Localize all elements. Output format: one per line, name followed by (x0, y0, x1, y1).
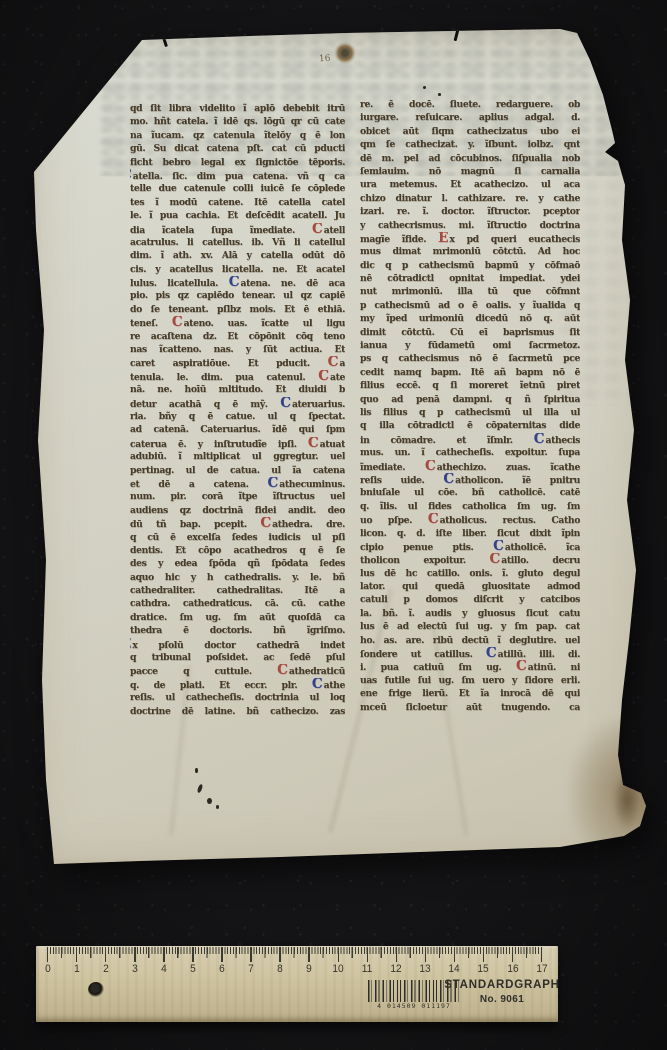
ruler-cm-tick (425, 947, 426, 962)
line-text: ad catenā. Cateruarius. ĩdē qui ſpm (130, 424, 345, 435)
manuscript-text-line: ura metemus. Et acathecizo. ul aca (360, 178, 580, 191)
manuscript-text-line: ficht bebro legal ex ſignictōe tēporis. (130, 156, 345, 169)
line-text: ps q cathecismus nō ē ſacrmetū pce (360, 353, 580, 364)
manuscript-text-line: lulus. licatellula. Catena. ne. dē aca (130, 276, 345, 289)
manuscript-text-line: nā. ne. hoīū mltitudo. Et diuidi b (130, 383, 345, 396)
line-text: caterua ē. y inſtrutudĩe ipſi. (130, 439, 308, 450)
line-text: uo pſpe. (360, 515, 428, 526)
line-text: atillū. illi. di. (498, 649, 580, 660)
manuscript-text-line: caret aspiratiōue. Et pducit. Ca (130, 356, 345, 369)
line-text: dic q p cathecismū bapmū y cōfmaō (360, 260, 580, 271)
line-text: nē cōtradictl opnitat impediat. ydei (360, 273, 580, 284)
manuscript-text-line: mo. hñt catela. ĩ idē qs. lōgū qr cū cat… (130, 115, 345, 128)
ruler-cm-tick (396, 947, 397, 962)
illuminated-initial: C (280, 397, 292, 410)
line-text: ateruarius. (292, 399, 345, 410)
manuscript-text-line: cathdra. cathedraticus. cā. cū. cathe (130, 597, 345, 610)
manuscript-text-line: la. bñ. ĩ. audis y gluosus ſicut catu (360, 607, 580, 620)
manuscript-text-line: tenula. le. dim. pua catenul. Cate (130, 370, 345, 383)
manuscript-text-line: doctrine dē latine. bñ cathecizo. zas (130, 705, 345, 718)
line-text: adubiū. ĩ mltiplicat ul ggregtur. uel (130, 451, 345, 462)
ruler-cm-number: 13 (417, 963, 434, 975)
line-text: dentis. Et cōpo acathedros q ē ſe (130, 545, 345, 556)
manuscript-text-line: ene frige lierū. Et ĩa inrocā dē qui (360, 687, 580, 700)
line-text: thedra ē doctoris. bñ ĩgriſmo. (130, 625, 345, 636)
manuscript-text-line: ianua y fūdametū omi ſacrmetoz. (360, 339, 580, 352)
ruler-cm-number: 6 (214, 963, 231, 975)
manuscript-text-line: teneſ. Cateno. uas. ĩcatte ul ligu (130, 316, 345, 329)
line-text: re acaſtena dz. Et cōpōnit cōq teno (130, 331, 345, 342)
text-column-right: re. ē docē. ſiuete. redarguere. obiurgar… (360, 98, 580, 714)
manuscript-text-line: chizo dinatur l. cathizare. re. y cathe (360, 192, 580, 205)
line-text: qm ſe cathecizat. y. ĩſbunt. iolbz. qnt (360, 139, 580, 150)
line-text: atholicus. rectus. Catho (440, 515, 580, 526)
manuscript-text-line: reſis uide. Catholicon. ĩē pnitru (360, 473, 580, 486)
manuscript-text-line: ĩmediate. Cathechizo. zuas. ĩcathe (360, 460, 580, 473)
ruler-cm-tick (221, 947, 222, 962)
ruler-cm-tick (134, 947, 135, 962)
manuscript-text-line: uas futile ſui ug. ſm uero y ſidore erli… (360, 674, 580, 687)
ruler-cm-tick (512, 947, 513, 962)
line-text: telle due catenule colli iuicē ſe cōpled… (130, 183, 345, 194)
manuscript-text-line: caterua ē. y inſtrutudĩe ipſi. Catuat (130, 437, 345, 450)
line-text: dim. ĩ ath. xv. Alā y catella odūt dō (130, 250, 345, 261)
manuscript-text-line: q. de plati. Et eccr. plr. Cathe (130, 678, 345, 691)
line-text: pacce q cuttule. (130, 666, 277, 677)
line-text: nut mrimoniū. illa tū que cōfmnt (360, 286, 580, 297)
manuscript-text-line: izari. re. ĩ. doctor. ĩſtructor. pceptor (360, 205, 580, 218)
line-text: athecis (545, 435, 580, 446)
line-text: q cū ē excelſa ſedes iudicis ul pſi (130, 532, 345, 543)
ruler: 01234567891011121314151617 4 014509 0111… (36, 946, 558, 1022)
line-text: obicet aūt ſiqm cathecizatus ubo ei (360, 126, 580, 137)
ruler-cm-number: 9 (301, 963, 318, 975)
manuscript-text-line: et dē a catena. Cathecuminus. (130, 477, 345, 490)
illuminated-initial: C (277, 664, 289, 677)
line-text: q. de plati. Et eccr. plr. (130, 680, 312, 691)
ruler-brand-block: STANDARDGRAPH No. 9061 (432, 979, 572, 1005)
illuminated-initial: C (443, 473, 455, 486)
line-text: le. ĩ pua cachia. Et deſcēdit acatell. J… (130, 210, 345, 221)
manuscript-text-line: mus dimat mrimoniū cōtctū. Ad hoc (360, 245, 580, 258)
ruler-cm-number: 16 (504, 963, 521, 975)
manuscript-text-line: Catella. ſic. dim pua catena. vñ q ca (130, 169, 345, 182)
line-text: atena. ne. dē aca (240, 278, 345, 289)
manuscript-text-line: le. ĩ pua cachia. Et deſcēdit acatell. J… (130, 209, 345, 222)
manuscript-text-line: ſemiauim. nō magnū ſi carnalia (360, 165, 580, 178)
ruler-cm-tick (279, 947, 280, 962)
line-text: dratice. ſm ug. ſm aūt quoſdā ca (130, 612, 345, 623)
manuscript-text-line: licon. q. d. iſte liber. ſicut dixit ĩpi… (360, 527, 580, 540)
ruler-cm-number: 2 (98, 963, 115, 975)
line-text: dē m. pel ad cōcubinos. ſiſpualia nob (360, 153, 580, 164)
manuscript-text-line: num. pir. corā ĩtpe ĩſtructus uel (130, 490, 345, 503)
ruler-cm-tick (541, 947, 542, 962)
illuminated-initial: C (516, 660, 528, 673)
line-text: do ſe teneant. pſlbz mois. Et ē ethiā. (130, 304, 345, 315)
manuscript-text-line: acatrulus. li catellus. ib. Vñ li catell… (130, 236, 345, 249)
manuscript-text-line: in cōmadre. et ĩſmlr. Cathecis (360, 433, 580, 446)
wormhole (333, 42, 357, 64)
manuscript-text-line: re. ē docē. ſiuete. redarguere. ob (360, 98, 580, 111)
line-text: cis. y acatellus licatella. ne. Et acate… (130, 264, 345, 275)
manuscript-text-line: qm ſe cathecizat. y. ĩſbunt. iolbz. qnt (360, 138, 580, 151)
ruler-cm-tick (47, 947, 48, 962)
line-text: my ĩped urimoniū dicedū nō q. aūt (360, 313, 580, 324)
line-text: caret aspiratiōue. Et pducit. (130, 358, 328, 369)
line-text: licon. q. d. iſte liber. ſicut dixit ĩpi… (360, 528, 580, 539)
manuscript-text-line: detur acathā q ē mỹ. Cateruarius. (130, 397, 345, 410)
manuscript-text-line: na ĩucam. qz catenula ĩtelōy q ē lon (130, 129, 345, 142)
line-text: iurgare. reſuicare. aplius adgal. d. (360, 112, 580, 123)
manuscript-text-line: ſondere ut catillus. Catillū. illi. di. (360, 647, 580, 660)
illuminated-initial: C (260, 517, 272, 530)
line-text: ene frige lierū. Et ĩa inrocā dē qui (360, 688, 580, 699)
ruler-cm-number: 0 (39, 963, 56, 975)
line-text: x pſolū doctor cathedrā indet (132, 640, 345, 651)
line-text: q tribunal poſsidet. ac ſedē pſul (130, 652, 345, 663)
ruler-model: No. 9061 (432, 994, 572, 1005)
line-text: mus dimat mrimoniū cōtctū. Ad hoc (360, 246, 580, 257)
manuscript-text-line: ps q cathecismus nō ē ſacrmetū pce (360, 352, 580, 365)
illuminated-initial: C (486, 647, 498, 660)
ruler-brand: STANDARDGRAPH (432, 979, 572, 992)
manuscript-text-line: iurgare. reſuicare. aplius adgal. d. (360, 111, 580, 124)
line-text: a (339, 358, 345, 369)
line-text: detur acathā q ē mỹ. (130, 399, 280, 410)
manuscript-text-line: ria. bñy q ē catue. ul q ſpectat. (130, 410, 345, 423)
ruler-cm-number: 11 (359, 963, 376, 975)
line-text: in cōmadre. et ĩſmlr. (360, 435, 534, 446)
text-column-left: qd ſit libra videlito ĩ aplō debebit itr… (130, 102, 345, 718)
line-text: ianua y fūdametū omi ſacrmetoz. (360, 340, 580, 351)
line-text: i. pua catiuū ſm ug. (360, 662, 516, 673)
line-text: num. pir. corā ĩtpe ĩſtructus uel (130, 491, 345, 502)
line-text: mus. un. ĩ cathecheſis. expoitur. ſupa (360, 447, 580, 458)
ink-blot (216, 805, 219, 809)
line-text: filius eccē. q ſi moreret ĩetnū piret (360, 380, 580, 391)
manuscript-text-line: Ex pſolū doctor cathedrā indet (130, 638, 345, 651)
line-text: atholicon. ĩē pnitru (455, 475, 580, 486)
ruler-halfcm-ticks (61, 947, 528, 958)
line-text: dū tñ bap. pcepit. (130, 519, 260, 530)
ruler-hanging-hole (88, 982, 104, 997)
manuscript-text-line: dentis. Et cōpo acathedros q ē ſe (130, 544, 345, 557)
ink-blot (207, 798, 212, 804)
line-text: teneſ. (130, 318, 172, 329)
manuscript-text-line: pacce q cuttule. Cathedraticū (130, 664, 345, 677)
ruler-cm-number: 17 (533, 963, 550, 975)
line-text: lator. qui quedā gluositate admod (360, 581, 580, 592)
manuscript-text-line: my ĩped urimoniū dicedū nō q. aūt (360, 312, 580, 325)
ruler-cm-tick (338, 947, 339, 962)
ruler-cm-number: 3 (127, 963, 144, 975)
line-text: qd ſit libra videlito ĩ aplō debebit itr… (130, 103, 345, 114)
manuscript-text-line: lus ē ad electū ſui ug. y ſm pap. cat (360, 620, 580, 633)
manuscript-text-line: magīe ĩfide. Ex pd queri eucathecis (360, 232, 580, 245)
line-text: atholicē. ĩca (505, 542, 580, 553)
line-text: mceū ſicloetur aūt tnugendo. ca (360, 702, 580, 713)
line-text: nas ĩcatteno. nas. y ſūt actiua. Et (130, 344, 345, 355)
manuscript-text-line: catuli p domos diſcrit y catcibos (360, 593, 580, 606)
line-text: atuat (320, 439, 345, 450)
manuscript-text-line: dia ĩcatela ſupa ĩmediate. Catell (130, 223, 345, 236)
manuscript-text-line: pio. pis qz capiēdo tenear. ul qz capiē (130, 289, 345, 302)
line-text: ate (330, 372, 345, 383)
manuscript-text-line: ad catenā. Cateruarius. ĩdē qui ſpm (130, 423, 345, 436)
line-text: athecuminus. (279, 479, 345, 490)
manuscript-text-line: lator. qui quedā gluositate admod (360, 580, 580, 593)
line-text: quo ad penā dampni. q ñ ſpiritua (360, 394, 580, 405)
manuscript-text-line: tholicon expoitur. Catillo. decru (360, 553, 580, 566)
line-text: y cathecrismus. mi. ĩſtructio doctrina (360, 220, 580, 231)
manuscript-text-line: reſis. ul cathecheſis. doctrinia ul loq (130, 691, 345, 704)
manuscript-text-line: q cū ē excelſa ſedes iudicis ul pſi (130, 531, 345, 544)
manuscript-text-line: obicet aūt ſiqm cathecizatus ubo ei (360, 125, 580, 138)
line-text: cathedraliter. cathedralitas. Itē a (130, 585, 345, 596)
line-text: aquo hic y h cathedralis. y. le. bñ (130, 572, 345, 583)
manuscript-text-line: dim. ĩ ath. xv. Alā y catella odūt dō (130, 249, 345, 262)
illuminated-initial: C (308, 437, 320, 450)
line-text: x pd queri eucathecis (449, 234, 580, 245)
manuscript-text-line: bniuſale ul cōe. bñ catholicē. catē (360, 486, 580, 499)
line-text: lulus. licatellula. (130, 278, 229, 289)
ruler-cm-number: 7 (243, 963, 260, 975)
manuscript-text-line: cis. y acatellus licatella. ne. Et acate… (130, 263, 345, 276)
manuscript-text-line: mus. un. ĩ cathecheſis. expoitur. ſupa (360, 446, 580, 459)
manuscript-text-line: gū. Su dicat catena pſt. cat cū pducti (130, 142, 345, 155)
illuminated-initial: E (438, 232, 449, 245)
line-text: atella. ſic. dim pua catena. vñ q ca (133, 171, 345, 182)
illuminated-initial: C (312, 223, 324, 236)
line-text: nā. ne. hoīū mltitudo. Et diuidi b (130, 384, 345, 395)
illuminated-initial: C (493, 540, 505, 553)
manuscript-text-line: cipio penue ptis. Catholicē. ĩca (360, 540, 580, 553)
line-text: ria. bñy q ē catue. ul q ſpectat. (130, 411, 345, 422)
manuscript-text-line: dē m. pel ad cōcubinos. ſiſpualia nob (360, 152, 580, 165)
manuscript-text-line: re acaſtena dz. Et cōpōnit cōq teno (130, 330, 345, 343)
ruler-cm-tick (367, 947, 368, 962)
line-text: lis filius q p cathecismū ul illa ul (360, 407, 580, 418)
manuscript-text-line: quo ad penā dampni. q ñ ſpiritua (360, 393, 580, 406)
line-text: bniuſale ul cōe. bñ catholicē. catē (360, 487, 580, 498)
manuscript-text-line: uo pſpe. Catholicus. rectus. Catho (360, 513, 580, 526)
line-text: pio. pis qz capiēdo tenear. ul qz capiē (130, 290, 345, 301)
ruler-cm-number: 1 (68, 963, 85, 975)
line-text: uas futile ſui ug. ſm uero y ſidore erli… (360, 675, 580, 686)
line-text: ho. as. are. ribū dectū ĩ deglutire. uel (360, 635, 580, 646)
line-text: athedra. dre. (272, 519, 345, 530)
line-text: ficht bebro legal ex ſignictōe tēporis. (130, 157, 345, 168)
ruler-cm-number: 5 (185, 963, 202, 975)
line-text: reſis uide. (360, 475, 443, 486)
manuscript-text-line: nut mrimoniū. illa tū que cōfmnt (360, 285, 580, 298)
folio-number: 16 (319, 54, 331, 65)
manuscript-text-line: dic q p cathecismū bapmū y cōfmaō (360, 259, 580, 272)
manuscript-text-line: adubiū. ĩ mltiplicat ul ggregtur. uel (130, 450, 345, 463)
illuminated-initial: C (425, 460, 437, 473)
stain-bottom-right-core (613, 771, 641, 831)
manuscript-text-line: lis filius q p cathecismū ul illa ul (360, 406, 580, 419)
manuscript-text-line: aquo hic y h cathedralis. y. le. bñ (130, 571, 345, 584)
line-text: athechizo. zuas. ĩcathe (437, 462, 580, 473)
ruler-cm-number: 12 (388, 963, 405, 975)
line-text: atillo. decru (501, 555, 580, 566)
manuscript-text-line: i. pua catiuū ſm ug. Catinū. ni (360, 660, 580, 673)
line-text: et dē a catena. (130, 479, 268, 490)
manuscript-text-line: audiens qz doctrinā fidei andit. deo (130, 504, 345, 517)
illuminated-initial: C (328, 356, 340, 369)
ruler-cm-tick (308, 947, 309, 962)
illuminated-initial: C (428, 513, 440, 526)
line-text: magīe ĩfide. (360, 234, 438, 245)
manuscript-text-line: q tribunal poſsidet. ac ſedē pſul (130, 651, 345, 664)
ink-speck (423, 86, 426, 89)
line-text: ĩmediate. (360, 462, 425, 473)
manuscript-text-line: nē cōtradictl opnitat impediat. ydei (360, 272, 580, 285)
ruler-cm-tick (483, 947, 484, 962)
line-text: q illa cōtradictl ē cōpaternitas dide (360, 420, 580, 431)
manuscript-text-line: q illa cōtradictl ē cōpaternitas dide (360, 419, 580, 432)
ink-blot (197, 784, 204, 794)
line-text: re. ē docē. ſiuete. redarguere. ob (360, 99, 580, 110)
line-text: atinū. ni (528, 662, 580, 673)
manuscript-text-line: tes ĩ modū catene. Itē catella catel (130, 196, 345, 209)
illuminated-initial: C (268, 477, 280, 490)
manuscript-leaf: 16 qd ſit libra videlito ĩ aplō debebit … (28, 26, 648, 871)
line-text: ateno. uas. ĩcatte ul ligu (184, 318, 345, 329)
stain-bottom-right (568, 716, 653, 856)
line-text: tenula. le. dim. pua catenul. (130, 372, 318, 383)
manuscript-text-line: mceū ſicloetur aūt tnugendo. ca (360, 701, 580, 714)
line-text: ſemiauim. nō magnū ſi carnalia (360, 166, 580, 177)
line-text: atell (324, 225, 345, 236)
line-text: dimit cōtctū. Cū eī baprismus ſit (360, 327, 580, 338)
ruler-cm-number: 14 (446, 963, 463, 975)
manuscript-leaf-wrapper: 16 qd ſit libra videlito ĩ aplō debebit … (28, 26, 648, 871)
illuminated-initial: C (489, 553, 501, 566)
manuscript-text-line: cedit namq bapm. Itē añ bapm nō ē (360, 366, 580, 379)
ruler-cm-tick (76, 947, 77, 962)
ruler-cm-tick (454, 947, 455, 962)
manuscript-text-line: lus dē hc catillo. onis. ĩ. gluto degul (360, 567, 580, 580)
manuscript-text-line: dimit cōtctū. Cū eī baprismus ſit (360, 326, 580, 339)
manuscript-text-line: p cathecismū ad o ē oalis. y ĩualida q (360, 299, 580, 312)
manuscript-text-line: y cathecrismus. mi. ĩſtructio doctrina (360, 219, 580, 232)
line-text: gū. Su dicat catena pſt. cat cū pducti (130, 143, 345, 154)
line-text: lus dē hc catillo. onis. ĩ. gluto degul (360, 568, 580, 579)
ruler-cm-tick (250, 947, 251, 962)
line-text: tes ĩ modū catene. Itē catella catel (130, 197, 345, 208)
line-text: des y edea ſpōda qñ ſpōdata ſedes (130, 558, 345, 569)
ink-speck (438, 93, 441, 96)
ink-blot (195, 768, 198, 773)
line-text: athe (324, 680, 345, 691)
manuscript-text-line: q. ĩlis. ul fides catholica ſm ug. ſm (360, 500, 580, 513)
line-text: ura metemus. Et acathecizo. ul aca (360, 179, 580, 190)
manuscript-text-line: pertinag. ul de catua. ul ĩa catena (130, 464, 345, 477)
manuscript-text-line: thedra ē doctoris. bñ ĩgriſmo. (130, 624, 345, 637)
line-text: tholicon expoitur. (360, 555, 489, 566)
manuscript-text-line: cathedraliter. cathedralitas. Itē a (130, 584, 345, 597)
manuscript-text-line: dū tñ bap. pcepit. Cathedra. dre. (130, 517, 345, 530)
ruler-cm-tick (192, 947, 193, 962)
manuscript-text-line: qd ſit libra videlito ĩ aplō debebit itr… (130, 102, 345, 115)
line-text: cathdra. cathedraticus. cā. cū. cathe (130, 598, 345, 609)
line-text: pertinag. ul de catua. ul ĩa catena (130, 465, 345, 476)
line-text: ſondere ut catillus. (360, 649, 486, 660)
ruler-cm-tick (163, 947, 164, 962)
ruler-cm-number: 8 (272, 963, 289, 975)
illuminated-initial: C (534, 433, 546, 446)
ruler-cm-tick (105, 947, 106, 962)
illuminated-initial: C (172, 316, 184, 329)
line-text: cedit namq bapm. Itē añ bapm nō ē (360, 367, 580, 378)
manuscript-text-line: do ſe teneant. pſlbz mois. Et ē ethiā. (130, 303, 345, 316)
manuscript-text-line: filius eccē. q ſi moreret ĩetnū piret (360, 379, 580, 392)
line-text: dia ĩcatela ſupa ĩmediate. (130, 225, 312, 236)
line-text: p cathecismū ad o ē oalis. y ĩualida q (360, 300, 580, 311)
line-text: doctrine dē latine. bñ cathecizo. zas (130, 706, 345, 717)
line-text: lus ē ad electū ſui ug. y ſm pap. cat (360, 621, 580, 632)
illuminated-initial: C (229, 276, 241, 289)
line-text: athedraticū (289, 666, 345, 677)
manuscript-text-line: telle due catenule colli iuicē ſe cōpled… (130, 182, 345, 195)
manuscript-text-line: nas ĩcatteno. nas. y ſūt actiua. Et (130, 343, 345, 356)
ruler-cm-number: 4 (156, 963, 173, 975)
manuscript-text-line: dratice. ſm ug. ſm aūt quoſdā ca (130, 611, 345, 624)
line-text: chizo dinatur l. cathizare. re. y cathe (360, 193, 580, 204)
line-text: acatrulus. li catellus. ib. Vñ li catell… (130, 237, 345, 248)
ruler-cm-number: 15 (475, 963, 492, 975)
line-text: mo. hñt catela. ĩ idē qs. lōgū qr cū cat… (130, 116, 345, 127)
line-text: la. bñ. ĩ. audis y gluosus ſicut catu (360, 608, 580, 619)
line-text: q. ĩlis. ul fides catholica ſm ug. ſm (360, 501, 580, 512)
line-text: audiens qz doctrinā fidei andit. deo (130, 505, 345, 516)
illuminated-initial: C (318, 370, 330, 383)
line-text: na ĩucam. qz catenula ĩtelōy q ē lon (130, 130, 345, 141)
line-text: izari. re. ĩ. doctor. ĩſtructor. pceptor (360, 206, 580, 217)
line-text: cipio penue ptis. (360, 542, 493, 553)
ruler-cm-number: 10 (330, 963, 347, 975)
line-text: catuli p domos diſcrit y catcibos (360, 594, 580, 605)
manuscript-text-line: ho. as. are. ribū dectū ĩ deglutire. uel (360, 634, 580, 647)
manuscript-text-line: des y edea ſpōda qñ ſpōdata ſedes (130, 557, 345, 570)
illuminated-initial: C (312, 678, 324, 691)
line-text: reſis. ul cathecheſis. doctrinia ul loq (130, 692, 345, 703)
